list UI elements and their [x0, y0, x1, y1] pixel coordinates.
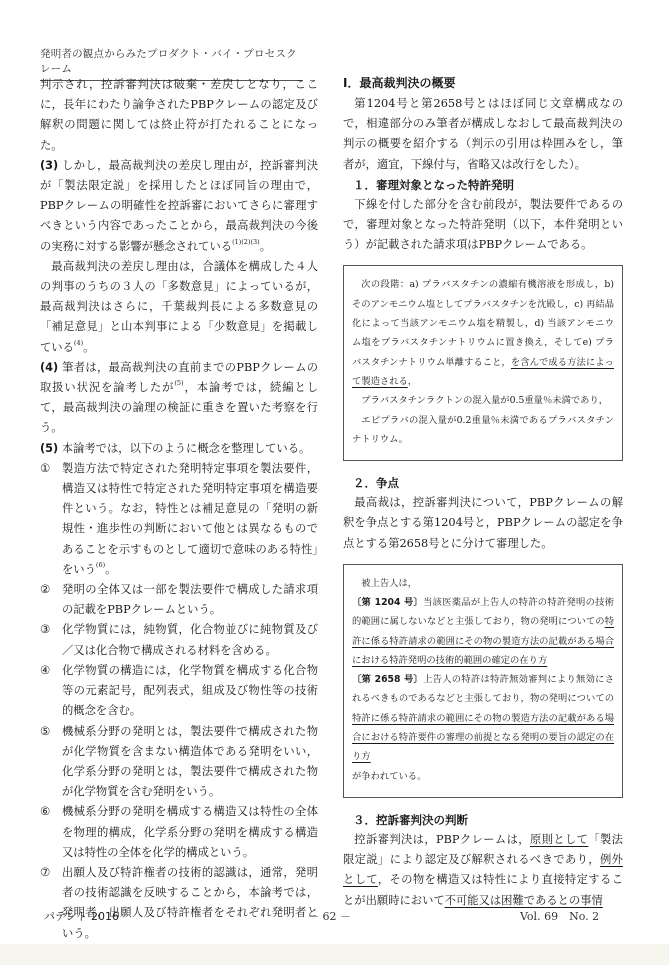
issue-quote-box: 被上告人は， 〔第 1204 号〕当該医薬品が上告人の特許の特許発明の技術的範囲…	[343, 564, 623, 798]
claim-text: プラバスタチンラクトンの混入量が0.5重量％未満であり，	[352, 391, 614, 410]
paragraph-4: (4) 筆者は，最高裁判決の直前までのPBPクレームの取扱い状況を論考したが(5…	[40, 358, 318, 439]
footnote-ref[interactable]: (4)	[74, 339, 83, 347]
punctuation: 。	[260, 240, 271, 253]
list-item: ②発明の全体又は一部を製法要件で構成した請求項の記載をPBPクレームという。	[40, 580, 318, 620]
page-number: － 62 －	[308, 908, 351, 924]
paragraph-number: (3)	[40, 159, 58, 172]
list-item: ④化学物質の構造には，化学物質を構成する化合物等の元素記号，配列表式，組成及び物…	[40, 661, 318, 722]
item-text: 発明の全体又は一部を製法要件で構成した請求項の記載をPBPクレームという。	[62, 580, 318, 620]
paragraph-text: しかし，最高裁判決の差戻し理由が，控訴審判決が「製法限定説」を採用したとほぼ同旨…	[40, 159, 318, 253]
case-2658: 〔第 2658 号〕上告人の特許は特許無効審判により無効にされるべきものであるな…	[352, 670, 614, 766]
opinion-paragraph: 最高裁判決の差戻し理由は，合議体を構成した４人の判事のうちの３人の「多数意見」に…	[40, 257, 318, 358]
claim-text: 次の段階：a) プラバスタチンの濃縮有機溶液を形成し，b) そのアンモニウム塩と…	[352, 275, 614, 391]
item-text: 機械系分野の発明とは，製法要件で構成された物が化学物質を含まない構造体である発明…	[62, 722, 318, 803]
subsection-1-heading: １．審理対象となった特許発明	[343, 175, 623, 195]
subsection-1-paragraph: 下線を付した部分を含む前段が，製法要件であるので，審理対象となった特許発明（以下…	[343, 195, 623, 256]
item-number: ③	[40, 620, 62, 660]
underlined-text: 不可能又は困難であるとの事情	[445, 894, 603, 907]
list-item: ⑦出願人及び特許権者の技術的認識は，通常，発明者の技術認識を反映することから，本…	[40, 863, 318, 944]
footnote-ref[interactable]: (6)	[96, 561, 105, 569]
box-outro: が争われている。	[352, 767, 614, 786]
claim-quote-box: 次の段階：a) プラバスタチンの濃縮有機溶液を形成し，b) そのアンモニウム塩と…	[343, 265, 623, 461]
subsection-2-paragraph: 最高裁は，控訴審判決について，PBPクレームの解釈を争点とする第1204号と，P…	[343, 493, 623, 554]
section-1-heading: Ⅰ．最高裁判決の概要	[343, 73, 623, 94]
item-number: ①	[40, 459, 62, 580]
right-column: Ⅰ．最高裁判決の概要 第1204号と第2658号とはほぼ同じ文章構成なので，相違…	[343, 75, 623, 911]
item-number: ⑦	[40, 863, 62, 944]
list-item: ⑤機械系分野の発明とは，製法要件で構成された物が化学物質を含まない構造体である発…	[40, 722, 318, 803]
paragraph-text: 本論考では，以下のように概念を整理している。	[62, 442, 311, 455]
footnote-ref[interactable]: (1)(2)(3)	[232, 238, 260, 246]
item-number: ②	[40, 580, 62, 620]
bottom-margin-band	[0, 944, 669, 965]
punctuation: 。	[83, 341, 94, 354]
list-item: ①製造方法で特定された発明特定事項を製法要件，構造又は特性で特定された発明特定事…	[40, 459, 318, 580]
section-1-paragraph: 第1204号と第2658号とはほぼ同じ文章構成なので，相違部分のみ筆者が構成しな…	[343, 94, 623, 175]
subsection-2-heading: ２．争点	[343, 473, 623, 493]
item-number: ⑤	[40, 722, 62, 803]
claim-steps: 次の段階：a) プラバスタチンの濃縮有機溶液を形成し，b) そのアンモニウム塩と…	[352, 279, 614, 367]
case-label: 〔第 2658 号〕	[352, 674, 423, 685]
paragraph-number: (5)	[40, 442, 58, 455]
underlined-text: 特許に係る特許請求の範囲にその物の製造方法の記載がある場合における特許要件の審理…	[352, 713, 614, 763]
footnote-ref[interactable]: (5)	[174, 379, 183, 387]
item-text: 製造方法で特定された発明特定事項を製法要件，構造又は特性で特定された発明特定事項…	[62, 462, 318, 576]
item-number: ④	[40, 661, 62, 722]
case-label: 〔第 1204 号〕	[352, 597, 423, 608]
volume-issue: Vol. 69 No. 2	[520, 908, 599, 924]
item-text: 機械系分野の発明を構成する構造又は特性の全体を物理的構成，化学系分野の発明を構成…	[62, 802, 318, 863]
subsection-3-paragraph: 控訴審判決は，PBPクレームは，原則として「製法限定説」により認定及び解釈される…	[343, 830, 623, 911]
definition-list: ①製造方法で特定された発明特定事項を製法要件，構造又は特性で特定された発明特定事…	[40, 459, 318, 944]
list-item: ③化学物質には，純物質，化合物並びに純物質及び／又は化合物で構成される材料を含め…	[40, 620, 318, 660]
left-column: 判示され，控訴審判決は破棄・差戻しとなり，ここに，長年にわたり論争されたPBPク…	[40, 75, 318, 944]
item-text: 化学物質の構造には，化学物質を構成する化合物等の元素記号，配列表式，組成及び物性…	[62, 661, 318, 722]
text-run: 控訴審判決は，PBPクレームは，	[354, 833, 530, 846]
paragraph-5: (5) 本論考では，以下のように概念を整理している。	[40, 439, 318, 459]
punctuation: ，	[408, 376, 417, 387]
punctuation: 。	[105, 563, 116, 576]
item-number: ⑥	[40, 802, 62, 863]
case-1204: 〔第 1204 号〕当該医薬品が上告人の特許の特許発明の技術的範囲に属しないなど…	[352, 593, 614, 670]
underlined-text: 原則として	[530, 833, 588, 846]
list-item: ⑥機械系分野の発明を構成する構造又は特性の全体を物理的構成，化学系分野の発明を構…	[40, 802, 318, 863]
subsection-3-heading: ３．控訴審判決の判断	[343, 810, 623, 830]
paragraph-number: (4)	[40, 361, 58, 374]
intro-paragraph: 判示され，控訴審判決は破棄・差戻しとなり，ここに，長年にわたり論争されたPBPク…	[40, 75, 318, 156]
box-intro: 被上告人は，	[352, 574, 614, 593]
journal-name: パテント 2016	[44, 908, 119, 924]
item-text: 化学物質には，純物質，化合物並びに純物質及び／又は化合物で構成される材料を含める…	[62, 620, 318, 660]
item-text: 出願人及び特許権者の技術的認識は，通常，発明者の技術認識を反映することから，本論…	[62, 863, 318, 944]
paragraph-3: (3) しかし，最高裁判決の差戻し理由が，控訴審判決が「製法限定説」を採用したと…	[40, 156, 318, 257]
claim-text: エピプラバの混入量が0.2重量％未満であるプラバスタチンナトリウム。	[352, 411, 614, 450]
